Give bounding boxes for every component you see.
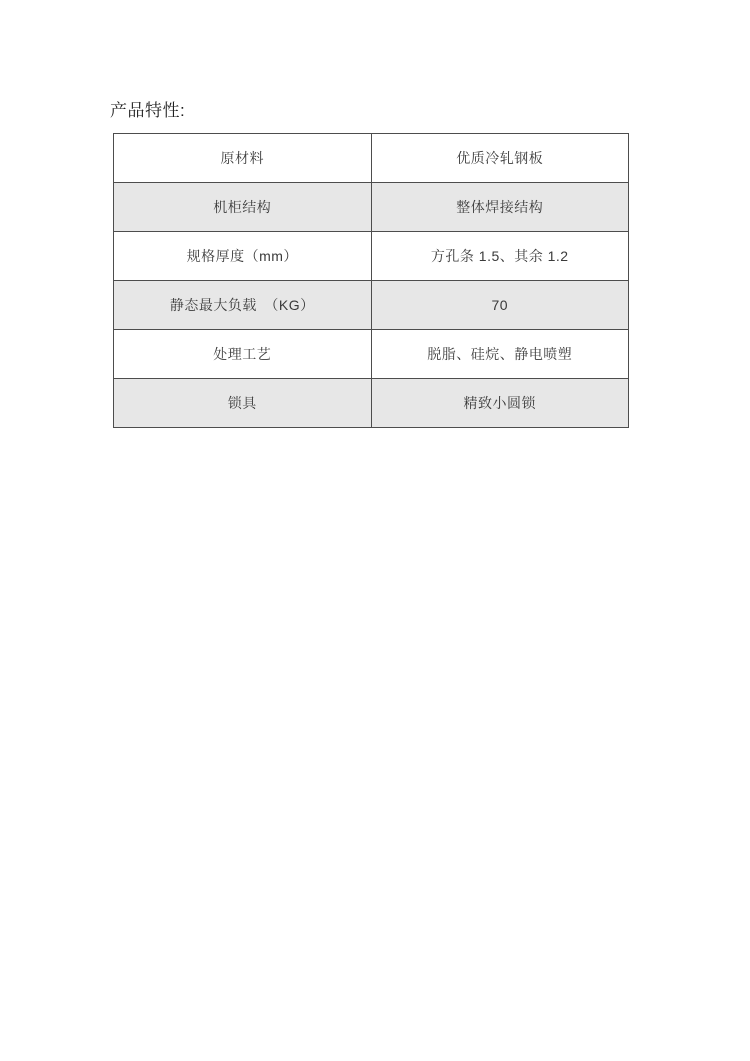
spec-value-cell: 方孔条 1.5、其余 1.2 — [371, 232, 629, 281]
table-row: 处理工艺 脱脂、硅烷、静电喷塑 — [114, 330, 629, 379]
spec-value-cell: 优质冷轧钢板 — [371, 134, 629, 183]
product-spec-table: 原材料 优质冷轧钢板 机柜结构 整体焊接结构 规格厚度（mm） 方孔条 1.5、… — [113, 133, 629, 428]
table-row: 机柜结构 整体焊接结构 — [114, 183, 629, 232]
spec-label-cell: 静态最大负载 （KG） — [114, 281, 372, 330]
spec-value-cell: 精致小圆锁 — [371, 379, 629, 428]
spec-label-cell: 原材料 — [114, 134, 372, 183]
table-row: 锁具 精致小圆锁 — [114, 379, 629, 428]
table-row: 静态最大负载 （KG） 70 — [114, 281, 629, 330]
spec-label-cell: 锁具 — [114, 379, 372, 428]
document-page: 产品特性: 原材料 优质冷轧钢板 机柜结构 整体焊接结构 规格厚度（mm） 方孔… — [0, 0, 750, 1061]
spec-label-cell: 机柜结构 — [114, 183, 372, 232]
page-title: 产品特性: — [110, 100, 185, 122]
spec-label-cell: 处理工艺 — [114, 330, 372, 379]
spec-value-cell: 70 — [371, 281, 629, 330]
table-row: 规格厚度（mm） 方孔条 1.5、其余 1.2 — [114, 232, 629, 281]
spec-value-cell: 整体焊接结构 — [371, 183, 629, 232]
spec-label-cell: 规格厚度（mm） — [114, 232, 372, 281]
spec-value-cell: 脱脂、硅烷、静电喷塑 — [371, 330, 629, 379]
table-row: 原材料 优质冷轧钢板 — [114, 134, 629, 183]
